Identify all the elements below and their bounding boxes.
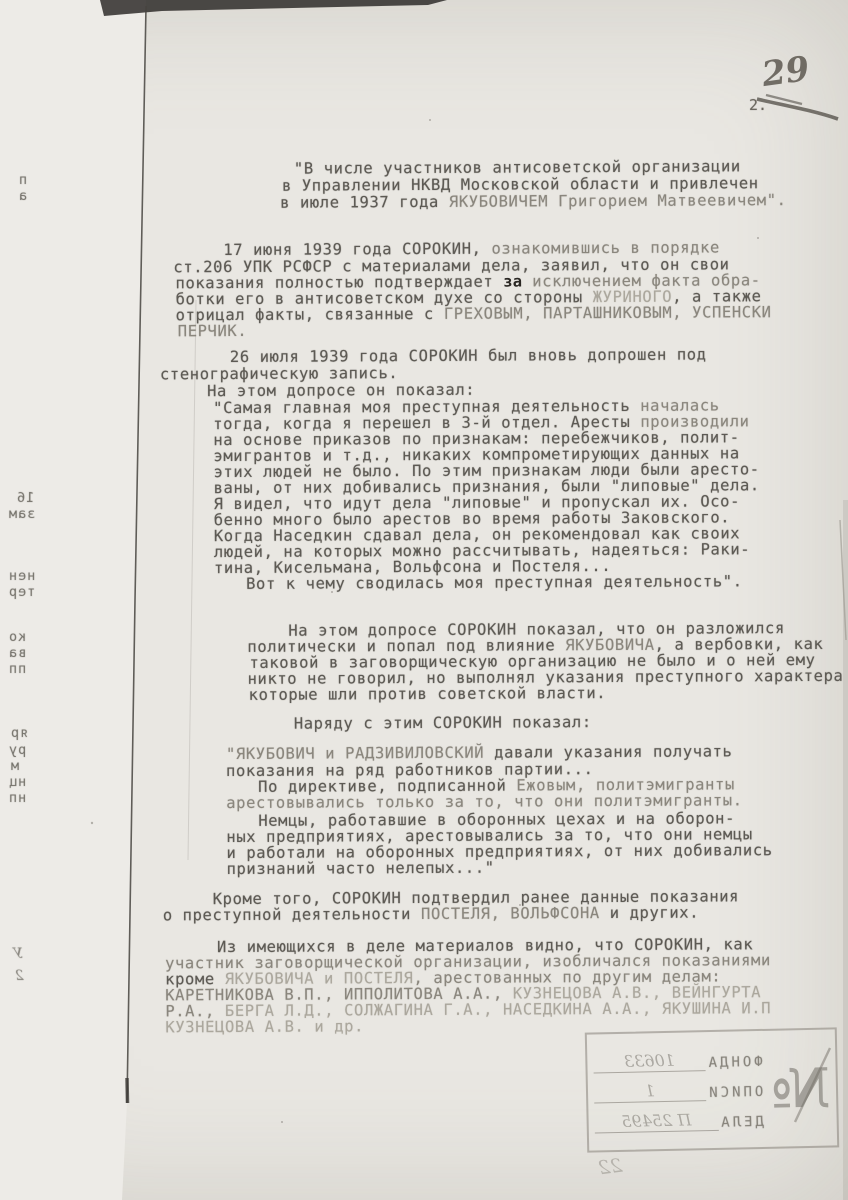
text-segment: ПЕРЧИК. bbox=[178, 322, 248, 340]
document-line: о преступной деятельности ПОСТЕЛЯ, ВОЛЬФ… bbox=[163, 905, 699, 924]
document-line: На этом допросе он показал: bbox=[207, 382, 475, 399]
text-segment: о преступной деятельности bbox=[163, 905, 421, 924]
scanned-document-page: № ФОНДА 10633 ОПИСИ 1 ДЕЛА П 25495 22 па… bbox=[0, 0, 848, 1200]
document-line: ПЕРЧИК. bbox=[178, 323, 248, 339]
document-line: признаний часто нелепых..." bbox=[227, 860, 495, 877]
handwritten-page-number: 29 bbox=[759, 49, 811, 95]
typed-page-number: 2. bbox=[749, 96, 767, 114]
text-segment: Вот к чему сводилась моя преступная деят… bbox=[246, 572, 743, 593]
text-segment: ЯКУБОВИЧЕМ Григорием Матвеевичем". bbox=[449, 191, 787, 211]
document-line: КУЗНЕЦОВА А.В. и др. bbox=[165, 1018, 364, 1035]
document-text-layer: "В числе участников антисоветской органи… bbox=[0, 0, 848, 1200]
document-line: в июле 1937 года ЯКУБОВИЧЕМ Григорием Ма… bbox=[280, 192, 787, 211]
text-segment: которые шли против советской власти. bbox=[249, 684, 607, 704]
text-segment: КУЗНЕЦОВА А.В. и др. bbox=[165, 1017, 364, 1036]
document-line: которые шли против советской власти. bbox=[249, 685, 607, 703]
text-segment: ПОСТЕЛЯ, ВОЛЬФСОНА bbox=[421, 904, 600, 923]
document-line: Вот к чему сводилась моя преступная деят… bbox=[246, 573, 743, 592]
text-segment: признаний часто нелепых..." bbox=[227, 859, 495, 878]
document-line: арестовывались только за то, что они пол… bbox=[226, 792, 743, 811]
text-segment: в июле 1937 года bbox=[280, 193, 449, 212]
document-line: 26 июля 1939 года СОРОКИН был вновь допр… bbox=[230, 347, 707, 365]
text-segment: ГРЕХОВЫМ, ПАРТАШНИКОВЫМ, УСПЕНСКИ bbox=[444, 303, 772, 323]
document-line: "ЯКУБОВИЧ и РАДЗИВИЛОВСКИЙ давали указан… bbox=[226, 743, 733, 762]
text-segment: Наряду с этим СОРОКИН показал: bbox=[294, 713, 592, 733]
text-segment: НАСЕДКИНА А.А., ЯКУШИНА И.П bbox=[503, 999, 771, 1018]
text-segment: и других. bbox=[600, 904, 699, 923]
text-segment: 26 июля 1939 года СОРОКИН был вновь допр… bbox=[230, 346, 707, 366]
text-segment: давали указания получать bbox=[484, 742, 732, 761]
document-line: стенографическую запись. bbox=[160, 365, 398, 382]
document-line: и работали на оборонных предприятиях, от… bbox=[226, 842, 772, 861]
document-line: Наряду с этим СОРОКИН показал: bbox=[294, 714, 592, 732]
document-line: Р.А., БЕРГА Л.Д., СОЛЖАГИНА Г.А., НАСЕДК… bbox=[165, 1000, 771, 1019]
document-line: отрицал факты, связанные с ГРЕХОВЫМ, ПАР… bbox=[176, 304, 772, 323]
